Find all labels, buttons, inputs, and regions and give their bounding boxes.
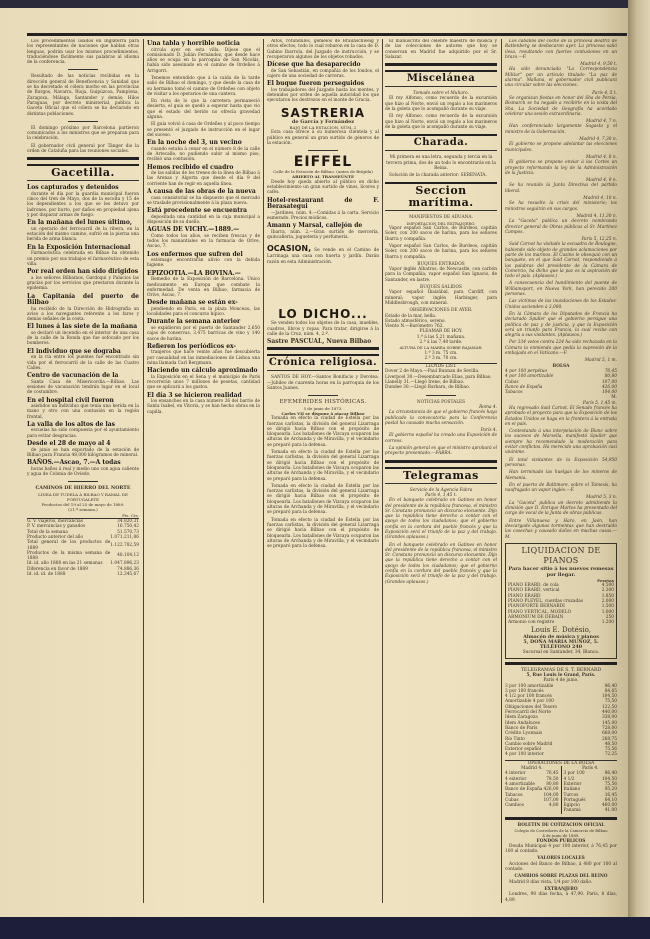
- column-divider: [263, 39, 264, 903]
- postal-list: Roma 4.La circunstancia de que el gobier…: [385, 405, 497, 457]
- item-text: los ensanches en la casa número 26 del b…: [147, 399, 260, 415]
- tides: 1.ª á las 5,21 mañana.2.ª á las 7,48 tar…: [385, 335, 497, 346]
- separator: [308, 395, 338, 396]
- list-line: 2.ª 3 m. 70 cm.: [385, 356, 497, 361]
- item-text: se declaró un incendio en el interior de…: [27, 331, 139, 347]
- item-text: Remedio de la Exposición de Barcelona. U…: [147, 277, 260, 298]
- section-rule: [385, 460, 497, 463]
- separator: [68, 69, 98, 70]
- list-line: Dundee 30.—Llegó Barbara, de Bilbao.: [385, 385, 497, 390]
- item-text: tranjeros que hace veinte años fue descu…: [147, 350, 260, 366]
- ad-title-lo-dicho: LO DICHO...: [267, 307, 379, 321]
- section-rule: [267, 347, 379, 350]
- telegram-text: En el banquete celebrado en Gatines en h…: [385, 543, 497, 585]
- item-text: un operario del ferrocarril de la ribera…: [27, 227, 139, 243]
- intro-paragraph: Los procedimientos usados en Inglaterra …: [27, 39, 139, 65]
- item-text: Tenemos entendido que á la caída de la t…: [147, 76, 260, 97]
- table-row: Id. id. año 1888 en las 21 semanas1.047.…: [27, 561, 139, 566]
- pianos-branch: Sucursal en Santander, 34, Blanca.: [508, 650, 614, 655]
- efemerides-text: Tomada en efecto la ciudad de Estella po…: [267, 518, 379, 550]
- item-text: en la ría entre los puentes fue encontra…: [27, 355, 139, 371]
- ad-title-eiffel: EIFFEL: [267, 155, 379, 169]
- bottom-border: [0, 917, 650, 939]
- item-headline: El lunes á las siete de la mañana: [27, 324, 139, 331]
- dispatch-text: El gobierno se propone adelantar las ele…: [505, 142, 617, 153]
- item-headline: A causa de las obras de la nueva: [147, 189, 260, 196]
- ad-text: Esta casa ofrece á su numerosa clientela…: [267, 130, 379, 146]
- pianos-ad: LIQUIDACION DE PIANOS Para hacer sitio á…: [505, 543, 617, 659]
- dispatch-text: Ha sido denunciada "La Correspondencia M…: [505, 67, 617, 88]
- top-border: [0, 0, 650, 8]
- paragraph: El rey Alfonso, como recuerdo de la excu…: [385, 96, 497, 112]
- news-items: Los capturados y detenidosdurante el día…: [27, 185, 139, 477]
- item-headline: Haciendo un cálculo aproximado: [147, 368, 260, 375]
- row-label: Banco de España: [505, 787, 543, 792]
- row-value: 1.500: [599, 604, 614, 609]
- efemerides-text: Tomada en efecto la ciudad de Estella po…: [267, 484, 379, 516]
- railway-subtitle: LINEA DE TUDELA Á BILBAO Y RAMAL DE PORT…: [27, 492, 139, 503]
- pianos-table: PIANO ERARD, de cola4.500PIANO ERARD, ve…: [508, 583, 614, 625]
- table-row: Panamá41,00: [564, 808, 618, 813]
- telegram-text: En el banquete celebrado en Gatines en h…: [385, 498, 497, 540]
- ad-text: Desde hoy queda abierto al público en di…: [267, 180, 379, 196]
- dispatch-text: El total visitantes de la Exposición 54,…: [505, 458, 617, 469]
- item-text: cuando estaba á cenar en el número 8 de …: [147, 147, 260, 163]
- row-value: 1.047.896,23: [110, 561, 139, 566]
- paragraph: El gobernador civil general por Tánger d…: [27, 144, 139, 155]
- bajamar-title: ALTURA DE LA MAREA SOBRE BAJAMAR:: [385, 345, 497, 350]
- item-text: se expidieron por el puerto de Santander…: [147, 326, 260, 342]
- row-label: 4 por 100 interior: [505, 752, 592, 757]
- lloyds-list: Dover 2 de Mayo.—Paul Bunnan de Sevilla.…: [385, 369, 497, 390]
- section-title-cronica-religiosa: Crónica religiosa.: [267, 354, 379, 371]
- item-text: —Jardines, núm. 4.—Comidas á la carta. S…: [267, 211, 379, 222]
- item-headline: Está procedente se encuentra: [147, 208, 260, 215]
- row-value: 1.071.211,86: [110, 535, 139, 540]
- item-headline: El buque fueron perseguidos: [267, 81, 379, 88]
- dispatch-text: En el puerto de Baltimore, sobre el Táme…: [505, 483, 617, 494]
- row-value: 12.345,67: [110, 572, 139, 577]
- section-title-gacetilla: Gacetilla.: [27, 164, 139, 181]
- item-text: asistidos un individuo que tenía una her…: [27, 404, 139, 420]
- buques-entrados: Vapor inglés Albatros, de Newcastle, con…: [385, 267, 497, 283]
- item-text: estómago encontrarán alivio con la debid…: [147, 258, 260, 269]
- dispatch-text: El gobierno se propone enviar á las Cort…: [505, 160, 617, 176]
- row-value: 41,00: [595, 808, 617, 813]
- bajamar: 1.ª 3 m. 75 cm.2.ª 3 m. 70 cm.: [385, 351, 497, 362]
- railway-title: CAMINOS DE HIERRO DEL NORTE: [27, 486, 139, 491]
- ad-title-sastreria: SASTRERIA: [267, 106, 379, 120]
- charada-solution: Solución de la charada anterior: SERENAT…: [385, 173, 497, 178]
- item-text: ha recibido de la Dirección de Hidrograf…: [27, 307, 139, 323]
- dispatch-text: Han conferenciado largamente Sagasta y e…: [505, 124, 617, 135]
- item-text: horas baños á real y medio uno con agua …: [27, 467, 139, 478]
- item-text: de las salidas de los trenes de la línea…: [147, 171, 260, 187]
- dispatch-text: Contestando á una interpelación de Blanc…: [505, 429, 617, 455]
- paragraph: Altos, rotúndulos, gemelos de Braunschwe…: [267, 39, 379, 60]
- maritime-text: Vapor español San Carlos, de Burdeos, ca…: [385, 226, 497, 242]
- column-4: El manuscrito del célebre maestro de mús…: [385, 39, 497, 913]
- column-1: Los procedimientos usados en Inglaterra …: [27, 39, 139, 913]
- row-value: 4,80: [543, 803, 558, 808]
- row-value: 76,45: [543, 771, 558, 776]
- item-text: de junio se han exportado de la estación…: [27, 448, 139, 459]
- item-text: de San Sebastián, en compañía de los fon…: [267, 69, 379, 80]
- item-headline: Por real orden han sido dirigidos: [27, 269, 139, 276]
- ad-pascual: Sastre PASCUAL, Nueva Bilbao: [267, 339, 379, 344]
- bolsa-ops-left: 4 interior76,454 exterior78,504 amortiza…: [505, 771, 559, 808]
- boletin-sect: CAMBIOS SOBRE PLAZAS DEL REINO: [505, 874, 617, 879]
- table-row: Banco de España426,00: [505, 787, 559, 792]
- dispatch-text: Han terminado las huelgas de los mineros…: [505, 470, 617, 481]
- section-title-seccion-maritima: Seccion marítima.: [385, 182, 497, 211]
- dispatch-text: Entre Villanueva y Haro, en Jaén, han de…: [505, 519, 617, 540]
- news-items: Dícese que ha desaparecidode San Sebasti…: [267, 62, 379, 103]
- dispatches: Los caballos del coche de la princesa Be…: [505, 39, 617, 356]
- row-label: Cambios: [505, 803, 543, 808]
- paragraph: Resultado de las noticias recibidas en l…: [27, 74, 139, 116]
- section-rule: [385, 63, 497, 66]
- column-3: Altos, rotúndulos, gemelos de Braunschwe…: [267, 39, 379, 913]
- dispatch-text: Ha regresado Said Carnot. El Senado fran…: [505, 406, 617, 427]
- railway-table: G. V. viajeros, mercancías34.820,31P. V.…: [27, 519, 139, 577]
- newspaper-sheet: Los procedimientos usados en Inglaterra …: [0, 0, 650, 939]
- item-text: casa consistorial se ha dispuesto que el…: [147, 196, 260, 207]
- dispatch-text: La "Gaceta" publica un decreto admitiend…: [505, 501, 617, 517]
- section-title-charada: Charada.: [385, 134, 497, 151]
- dispatch-text: Said Carnot ha visitado la escuadra de B…: [505, 242, 617, 279]
- item-headline: En la mañana del lunes último,: [27, 220, 139, 227]
- column-divider: [382, 39, 383, 903]
- separator: [308, 150, 338, 151]
- row-label: Id. id. id. de 1888: [27, 572, 110, 577]
- paragraph: El manuscrito del célebre maestro de mús…: [385, 39, 497, 60]
- item-text: Como todos los años, se reciben frescas …: [147, 234, 260, 250]
- charada-verse: Mi primera es una letra, segunda y terci…: [385, 155, 497, 171]
- small-ads: [267, 265, 379, 307]
- dispatch-text: Se organizan fiestas en honor del Sha de…: [505, 96, 617, 117]
- pianos-title: LIQUIDACION DE PIANOS: [508, 546, 614, 566]
- item-text: la Exposición en el Sena y el municipio …: [147, 375, 260, 391]
- news-items: Una tabla y horrible noticiacircula ayer…: [147, 41, 260, 415]
- item-text: a los señores Bilbaínos, Gardoqui y Pala…: [27, 276, 139, 292]
- bolsa-table: 4 por 100 perpétuo76,454 por 100 amortiz…: [505, 369, 617, 395]
- item-text: Santa Casa de Misericordia.—Bilbao. Las …: [27, 380, 139, 396]
- dispatch-text: En la Cámara de los Diputados de Francia…: [505, 312, 617, 338]
- page-edge: [628, 0, 650, 939]
- section-title-telegramas: Telegramas: [385, 467, 497, 484]
- separator: [426, 395, 456, 396]
- newspaper-page: Los procedimientos usados en Inglaterra …: [27, 33, 627, 913]
- table-row: Cambios4,80: [505, 803, 559, 808]
- boletin-text: Deuda Municipal 4 por 100 interior, á 76…: [505, 844, 617, 855]
- postal-text: La circunstancia de que el gobierno fran…: [385, 410, 497, 426]
- row-value: 2.300: [599, 588, 614, 593]
- column-5: Los caballos del coche de la princesa Be…: [505, 39, 617, 913]
- postal-text: El gobierno español ha creado una Exposi…: [385, 433, 497, 444]
- item-text: escuelas ha sido compuesta por el ayunta…: [27, 428, 139, 439]
- observations: Estado de la mar, bella.Estado atmosféri…: [385, 314, 497, 330]
- efemerides-title: EFEMÉRIDES HISTÓRICAS.: [267, 400, 379, 405]
- item-headline: Hotel-restaurant de F. Berasategui: [267, 198, 379, 211]
- dispatch-text: Se ha resuelto la crisis del ministerio;…: [505, 201, 617, 212]
- efemerides-text: Tomada en efecto la ciudad de Estella po…: [267, 450, 379, 482]
- column-divider: [501, 39, 502, 903]
- row-value: 48.104,12: [110, 551, 139, 562]
- item-text: En vista de lo que la carretera permanec…: [147, 99, 260, 120]
- table-row: Total general de los productos de 18891.…: [27, 540, 139, 551]
- column-divider: [143, 39, 144, 903]
- row-label: Productos de la misma semana de 1888: [27, 551, 110, 562]
- paragraph: El rey Alfonso, como recuerdo de la excu…: [385, 114, 497, 130]
- item-text: Farmacéutica celebrada en Bilbao ha obte…: [27, 251, 139, 267]
- row-value: 1.122.782,59: [110, 540, 139, 551]
- item-text: pendiendo en París, en la plaza Monceau,…: [147, 307, 260, 318]
- bolsa-ops-right: 3 por 10086,404 1/2104,50Exterior75,56It…: [564, 771, 618, 813]
- column-2: Una tabla y horrible noticiacircula ayer…: [147, 39, 260, 913]
- table-row: 4 por 100 interior72,25: [505, 752, 617, 757]
- item-text: El guía volvió á casa de Ordeñes y al po…: [147, 122, 260, 138]
- ad-title-ocasion: OCASION,: [267, 244, 311, 253]
- paragraph: SANTOS DE HOY.—Santos Bonifacio y Dorote…: [267, 375, 379, 391]
- postal-text: La opinión general es que el ministro ap…: [385, 446, 497, 457]
- maritime-text: Vapor español San Carlos, de Burdeos, ca…: [385, 244, 497, 260]
- pianos-subtitle: Para hacer sitio á los nuevos remesas po…: [508, 566, 614, 578]
- item-text: circula ayer en esta villa. Díjose que e…: [147, 48, 260, 74]
- row-label: Id. id. año 1888 en las 21 semanas: [27, 561, 110, 566]
- dispatch-text: A consecuencia del hundimiento del puent…: [505, 281, 617, 297]
- separator: [68, 481, 98, 482]
- item-text: Ibarra, núm. 2.—Gran surtido de mercería…: [267, 230, 379, 241]
- telegram-box-table: 3 por 100 amortizable86,403 por 100 fran…: [505, 684, 617, 758]
- section-rule: [27, 157, 139, 160]
- item-text: depositada una cantidad en la caja munic…: [147, 215, 260, 226]
- item-headline: La Capitanía del puerto de Bilbao: [27, 294, 139, 307]
- row-value: 1.200: [599, 620, 614, 625]
- separator: [68, 121, 98, 122]
- table-row: Productos de la misma semana de 188848.1…: [27, 551, 139, 562]
- dispatch-text: Los caballos del coche de la princesa Be…: [505, 39, 617, 60]
- dispatch-text: Se ha reunido la Junta Directiva del par…: [505, 183, 617, 194]
- dispatches: París 5, 1,45 m.Ha regresado Said Carnot…: [505, 401, 617, 540]
- ad-text: Se venden todos los objetos de la casa, …: [267, 321, 379, 337]
- boletin-text: Madrid 8 días vista, 1/4 por 100 daño.: [505, 880, 617, 885]
- table-row: P. V. mercancías y ganados16.750,42: [27, 524, 139, 529]
- item-headline: Amann y Marsal, callejón de: [267, 223, 379, 230]
- dispatch-text: Por 334 votos contra 224 ha sido rechaza…: [505, 340, 617, 356]
- paragraph: El domingo próximo por Barcelona partier…: [27, 126, 139, 142]
- dispatch-text: La "Gaceta" publica un decreto nombrando…: [505, 219, 617, 235]
- dispatch-text: Las víctimas de las inundaciones de los …: [505, 299, 617, 310]
- row-value: 72,25: [592, 752, 617, 757]
- section-rule: [505, 817, 617, 820]
- ad-items: Hotel-restaurant de F. Berasategui—Jardi…: [267, 198, 379, 241]
- efemerides-text: Tomada en efecto la ciudad de Estella po…: [267, 416, 379, 448]
- top-rule: [27, 33, 627, 36]
- row-label: Panamá: [564, 808, 596, 813]
- item-text: los trabajadores del Juzgado hasta los m…: [267, 88, 379, 104]
- boletin-text: Londres, 90 días fecha, á 47,90. París, …: [505, 892, 617, 903]
- boletin-text: Acciones del Banco de Bilbao, á 480 por …: [505, 862, 617, 873]
- buques-salidos: Vapor español Ibaizábal, para Cardiff, c…: [385, 290, 497, 306]
- section-rule: [505, 662, 617, 665]
- row-label: Total general de los productos de 1889: [27, 540, 110, 551]
- bolsa-ops: Madrid 4. 4 interior76,454 exterior78,50…: [505, 766, 617, 814]
- section-title-miscelanea: Miscelánea: [385, 70, 497, 87]
- item-text: durante el día por la guardia municipal …: [27, 192, 139, 218]
- table-row: Id. id. id. de 188812.345,67: [27, 572, 139, 577]
- row-value: 426,00: [543, 787, 558, 792]
